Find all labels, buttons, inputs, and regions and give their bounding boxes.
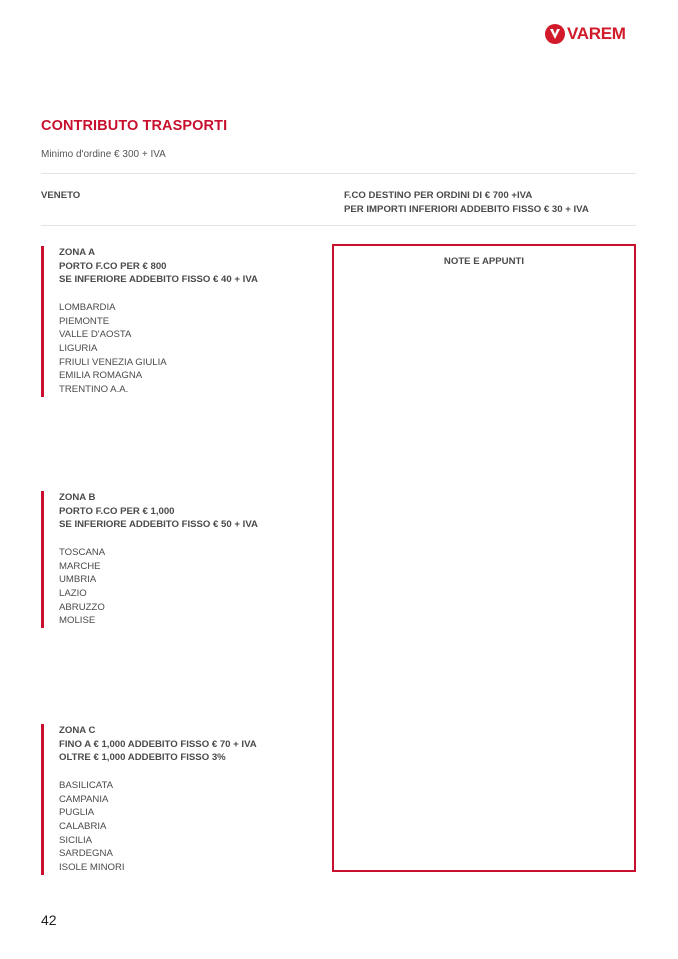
region-item: UMBRIA <box>59 573 258 587</box>
zone-condition: SE INFERIORE ADDEBITO FISSO € 50 + IVA <box>59 518 258 532</box>
region-item: PUGLIA <box>59 806 257 820</box>
veneto-condition: PER IMPORTI INFERIORI ADDEBITO FISSO € 3… <box>344 203 589 217</box>
region-item: ISOLE MINORI <box>59 861 257 875</box>
region-item: VALLE D'AOSTA <box>59 328 258 342</box>
region-list: TOSCANA MARCHE UMBRIA LAZIO ABRUZZO MOLI… <box>59 546 258 628</box>
region-item: LAZIO <box>59 587 258 601</box>
zone-condition: PORTO F.CO PER € 800 <box>59 260 258 274</box>
region-item: LIGURIA <box>59 342 258 356</box>
zone-c: ZONA C FINO A € 1,000 ADDEBITO FISSO € 7… <box>41 724 257 875</box>
zone-name: ZONA C <box>59 724 257 738</box>
zone-a: ZONA A PORTO F.CO PER € 800 SE INFERIORE… <box>41 246 258 397</box>
notes-title: NOTE E APPUNTI <box>334 255 634 269</box>
zone-condition: SE INFERIORE ADDEBITO FISSO € 40 + IVA <box>59 273 258 287</box>
page-number: 42 <box>41 912 57 928</box>
region-item: TRENTINO A.A. <box>59 383 258 397</box>
zone-name: ZONA A <box>59 246 258 260</box>
region-item: ABRUZZO <box>59 601 258 615</box>
brand-logo: VAREM <box>545 24 626 44</box>
region-item: SARDEGNA <box>59 847 257 861</box>
region-item: FRIULI VENEZIA GIULIA <box>59 356 258 370</box>
region-item: SICILIA <box>59 834 257 848</box>
region-item: CALABRIA <box>59 820 257 834</box>
zone-condition: FINO A € 1,000 ADDEBITO FISSO € 70 + IVA <box>59 738 257 752</box>
region-item: EMILIA ROMAGNA <box>59 369 258 383</box>
zone-b: ZONA B PORTO F.CO PER € 1,000 SE INFERIO… <box>41 491 258 628</box>
zone-condition: OLTRE € 1,000 ADDEBITO FISSO 3% <box>59 751 257 765</box>
minimum-order: Minimo d'ordine € 300 + IVA <box>41 149 166 160</box>
veneto-label: VENETO <box>41 189 80 203</box>
varem-logo-icon <box>545 24 565 44</box>
veneto-condition: F.CO DESTINO PER ORDINI DI € 700 +IVA <box>344 189 589 203</box>
region-item: MOLISE <box>59 614 258 628</box>
region-item: TOSCANA <box>59 546 258 560</box>
region-item: CAMPANIA <box>59 793 257 807</box>
brand-name: VAREM <box>567 24 626 44</box>
divider-bottom <box>41 225 636 226</box>
veneto-conditions: F.CO DESTINO PER ORDINI DI € 700 +IVA PE… <box>344 189 589 216</box>
notes-box: NOTE E APPUNTI <box>332 244 636 872</box>
region-list: BASILICATA CAMPANIA PUGLIA CALABRIA SICI… <box>59 779 257 875</box>
divider-top <box>41 173 636 174</box>
page-title: CONTRIBUTO TRASPORTI <box>41 118 227 134</box>
region-item: LOMBARDIA <box>59 301 258 315</box>
region-item: MARCHE <box>59 560 258 574</box>
region-list: LOMBARDIA PIEMONTE VALLE D'AOSTA LIGURIA… <box>59 301 258 397</box>
region-item: PIEMONTE <box>59 315 258 329</box>
region-item: BASILICATA <box>59 779 257 793</box>
zone-condition: PORTO F.CO PER € 1,000 <box>59 505 258 519</box>
zone-name: ZONA B <box>59 491 258 505</box>
